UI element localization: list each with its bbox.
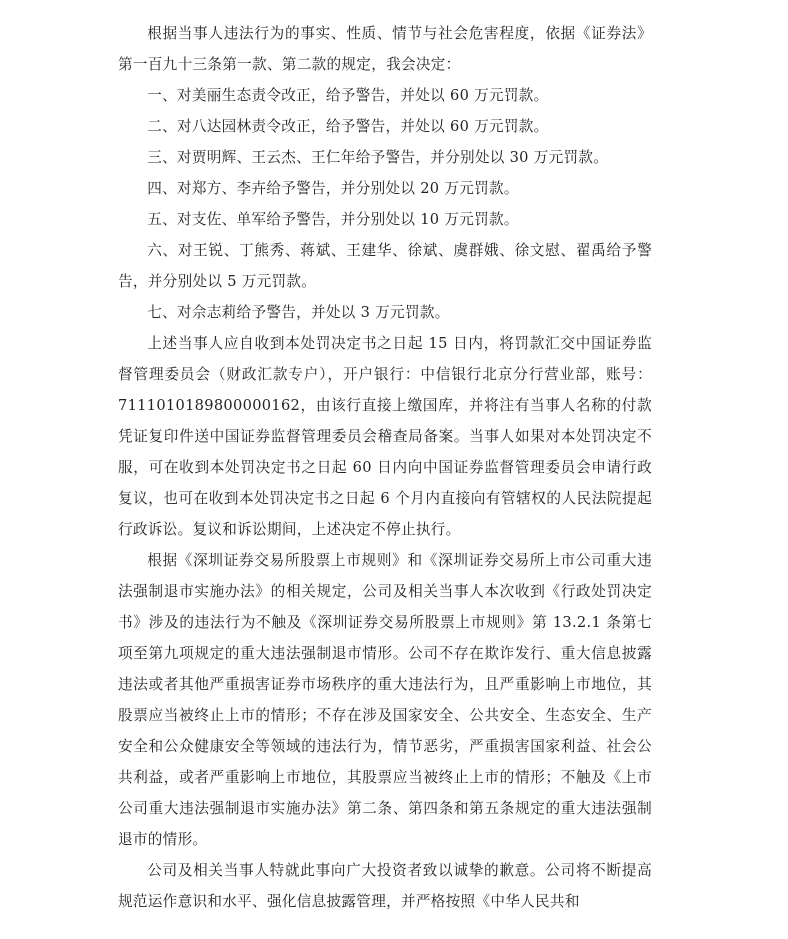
payment-paragraph: 上述当事人应自收到本处罚决定书之日起 15 日内，将罚款汇交中国证券监督管理委员… <box>118 328 652 545</box>
decision-item-3: 三、对贾明辉、王云杰、王仁年给予警告，并分别处以 30 万元罚款。 <box>118 142 652 173</box>
apology-paragraph: 公司及相关当事人特就此事向广大投资者致以诚挚的歉意。公司将不断提高规范运作意识和… <box>118 855 652 917</box>
decision-item-1: 一、对美丽生态责令改正，给予警告，并处以 60 万元罚款。 <box>118 80 652 111</box>
decision-item-4: 四、对郑方、李卉给予警告，并分别处以 20 万元罚款。 <box>118 173 652 204</box>
document-page: 根据当事人违法行为的事实、性质、情节与社会危害程度，依据《证券法》第一百九十三条… <box>118 18 652 917</box>
decision-item-2: 二、对八达园林责令改正，给予警告，并处以 60 万元罚款。 <box>118 111 652 142</box>
intro-paragraph: 根据当事人违法行为的事实、性质、情节与社会危害程度，依据《证券法》第一百九十三条… <box>118 18 652 80</box>
delisting-paragraph: 根据《深圳证券交易所股票上市规则》和《深圳证券交易所上市公司重大违法强制退市实施… <box>118 545 652 855</box>
decision-item-6: 六、对王锐、丁熊秀、蒋斌、王建华、徐斌、虞群娥、徐文慰、翟禹给予警告，并分别处以… <box>118 235 652 297</box>
decision-item-5: 五、对支佐、单军给予警告，并分别处以 10 万元罚款。 <box>118 204 652 235</box>
decision-item-7: 七、对佘志莉给予警告，并处以 3 万元罚款。 <box>118 297 652 328</box>
